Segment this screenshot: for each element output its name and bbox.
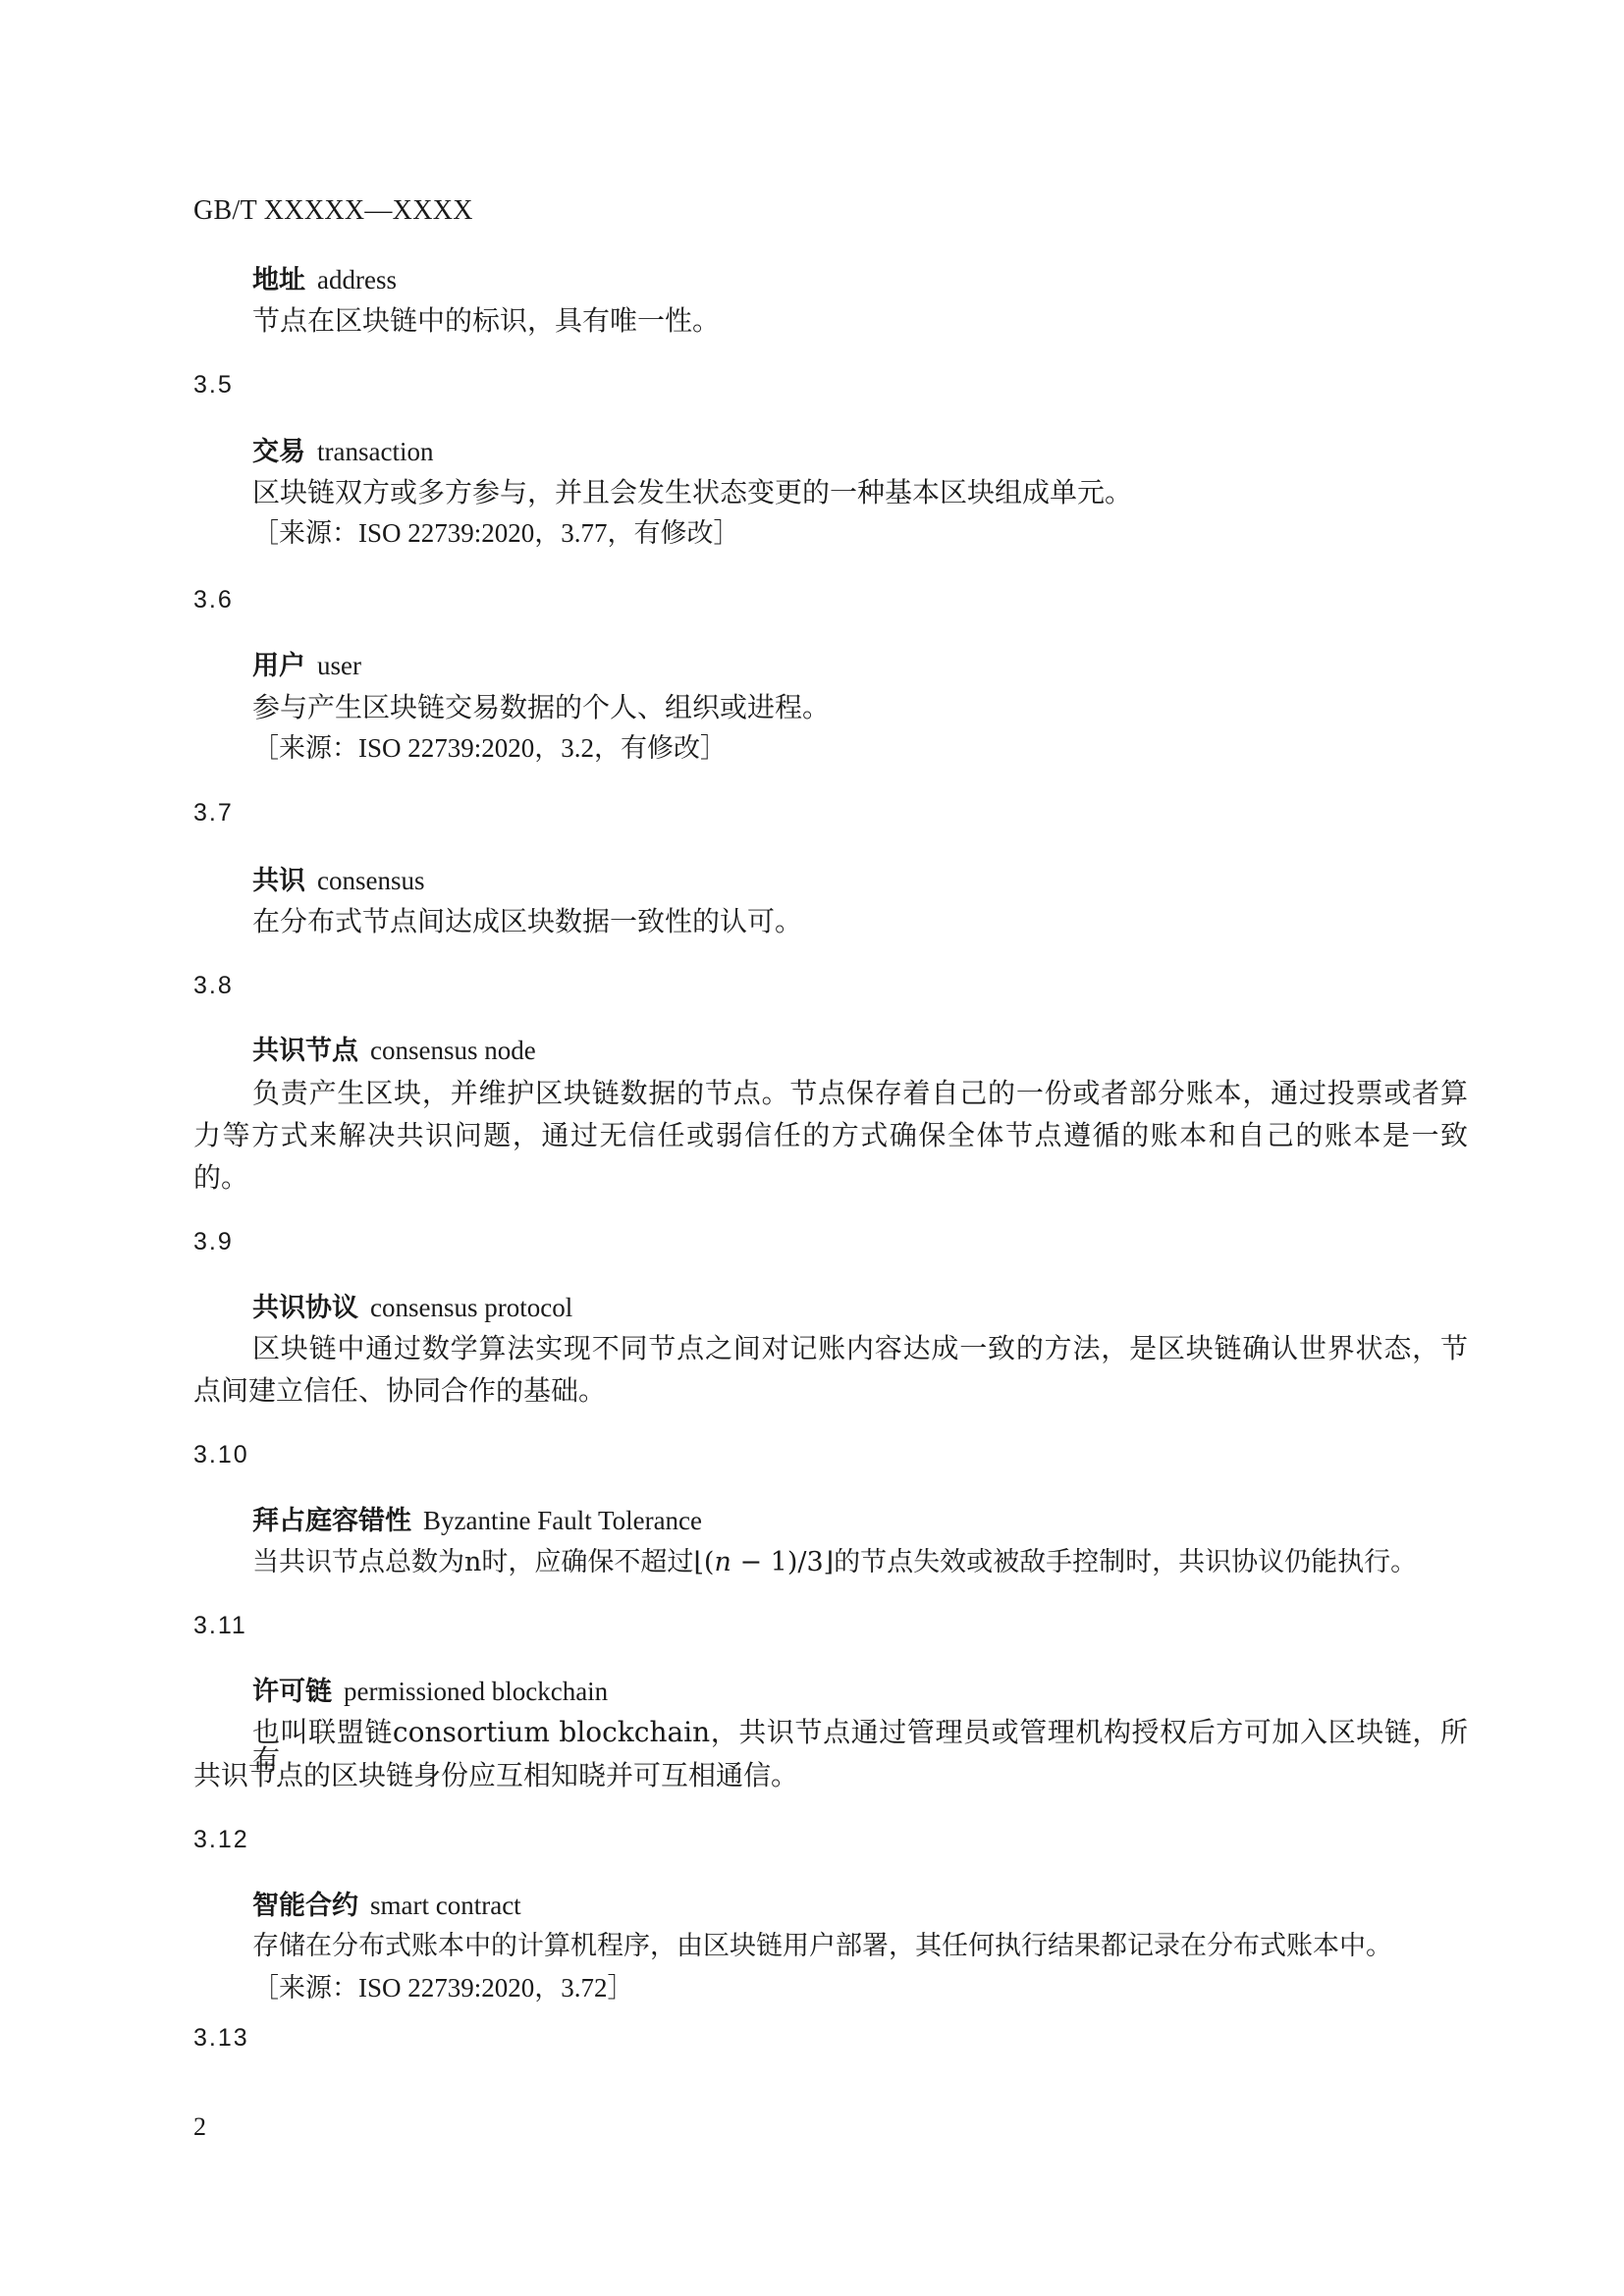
term-heading: 共识consensus	[252, 868, 425, 894]
definition-text: 的节点失效或被敌手控制时，共识协议仍能执行。	[834, 1547, 1417, 1577]
term-en: address	[317, 265, 397, 294]
section-number: 3.11	[193, 1614, 247, 1638]
section-number: 3.6	[193, 588, 234, 613]
term-heading: 智能合约smart contract	[252, 1893, 521, 1919]
source-citation: ［来源：ISO 22739:2020，3.77，有修改］	[252, 520, 740, 547]
term-en: consensus protocol	[370, 1293, 572, 1322]
page-number: 2	[193, 2114, 206, 2140]
term-heading: 用户user	[252, 653, 361, 679]
definition-line: 点间建立信任、协同合作的基础。	[193, 1377, 606, 1405]
definition-line: 的。	[193, 1164, 248, 1192]
math-variable: n	[464, 1547, 481, 1577]
term-zh: 共识	[252, 866, 305, 896]
definition-text: 当共识节点总数为	[252, 1547, 464, 1577]
term-en: consensus	[317, 866, 425, 895]
definition-line: 存储在分布式账本中的计算机程序，由区块链用户部署，其任何执行结果都记录在分布式账…	[252, 1933, 1392, 1959]
term-en: smart contract	[370, 1891, 521, 1920]
definition-line: 力等方式来解决共识问题，通过无信任或弱信任的方式确保全体节点遵循的账本和自己的账…	[193, 1122, 1468, 1149]
term-en: transaction	[317, 437, 433, 466]
definition-line: 当共识节点总数为n时，应确保不超过⌊(n − 1)/3⌋的节点失效或被敌手控制时…	[252, 1549, 1417, 1575]
term-zh: 地址	[252, 265, 305, 295]
definition-line: 区块链中通过数学算法实现不同节点之间对记账内容达成一致的方法，是区块链确认世界状…	[252, 1335, 1468, 1362]
section-number: 3.13	[193, 2026, 249, 2051]
definition-line: 参与产生区块链交易数据的个人、组织或进程。	[252, 694, 830, 721]
term-heading: 许可链permissioned blockchain	[252, 1679, 608, 1705]
section-number: 3.8	[193, 974, 234, 998]
term-en: user	[317, 651, 361, 680]
definition-line: 负责产生区块，并维护区块链数据的节点。节点保存着自己的一份或者部分账本，通过投票…	[252, 1080, 1468, 1107]
section-number: 3.7	[193, 801, 234, 826]
definition-line: 节点在区块链中的标识，具有唯一性。	[252, 307, 720, 335]
definition-line: 共识节点的区块链身份应互相知晓并可互相通信。	[193, 1762, 798, 1789]
term-zh: 用户	[252, 651, 305, 681]
term-zh: 交易	[252, 437, 305, 467]
section-number: 3.10	[193, 1443, 249, 1468]
source-citation: ［来源：ISO 22739:2020，3.2，有修改］	[252, 735, 727, 762]
term-en: consensus node	[370, 1036, 536, 1065]
standard-code-header: GB/T XXXXX—XXXX	[193, 197, 473, 225]
definition-line: 在分布式节点间达成区块数据一致性的认可。	[252, 908, 802, 935]
term-heading: 共识协议consensus protocol	[252, 1295, 572, 1321]
formula-open: ⌊(	[693, 1547, 714, 1577]
term-heading: 交易transaction	[252, 439, 433, 465]
definition-line: 区块链双方或多方参与，并且会发生状态变更的一种基本区块组成单元。	[252, 479, 1132, 507]
term-zh: 共识节点	[252, 1036, 358, 1066]
section-number: 3.12	[193, 1828, 249, 1852]
floor-formula: ⌊(n − 1)/3⌋	[693, 1547, 834, 1577]
source-citation: ［来源：ISO 22739:2020，3.72］	[252, 1975, 634, 2002]
term-heading: 地址address	[252, 267, 397, 294]
formula-variable: n	[714, 1547, 731, 1577]
term-heading: 共识节点consensus node	[252, 1038, 536, 1064]
section-number: 3.5	[193, 373, 234, 398]
formula-rest: − 1)/3⌋	[731, 1547, 834, 1577]
term-en: permissioned blockchain	[344, 1677, 608, 1706]
term-zh: 共识协议	[252, 1293, 358, 1323]
term-heading: 拜占庭容错性Byzantine Fault Tolerance	[252, 1508, 702, 1534]
term-en: Byzantine Fault Tolerance	[423, 1506, 702, 1535]
term-zh: 智能合约	[252, 1891, 358, 1921]
term-zh: 许可链	[252, 1677, 332, 1707]
section-number: 3.9	[193, 1230, 234, 1255]
term-zh: 拜占庭容错性	[252, 1506, 411, 1536]
definition-text: 时，应确保不超过	[481, 1547, 693, 1577]
